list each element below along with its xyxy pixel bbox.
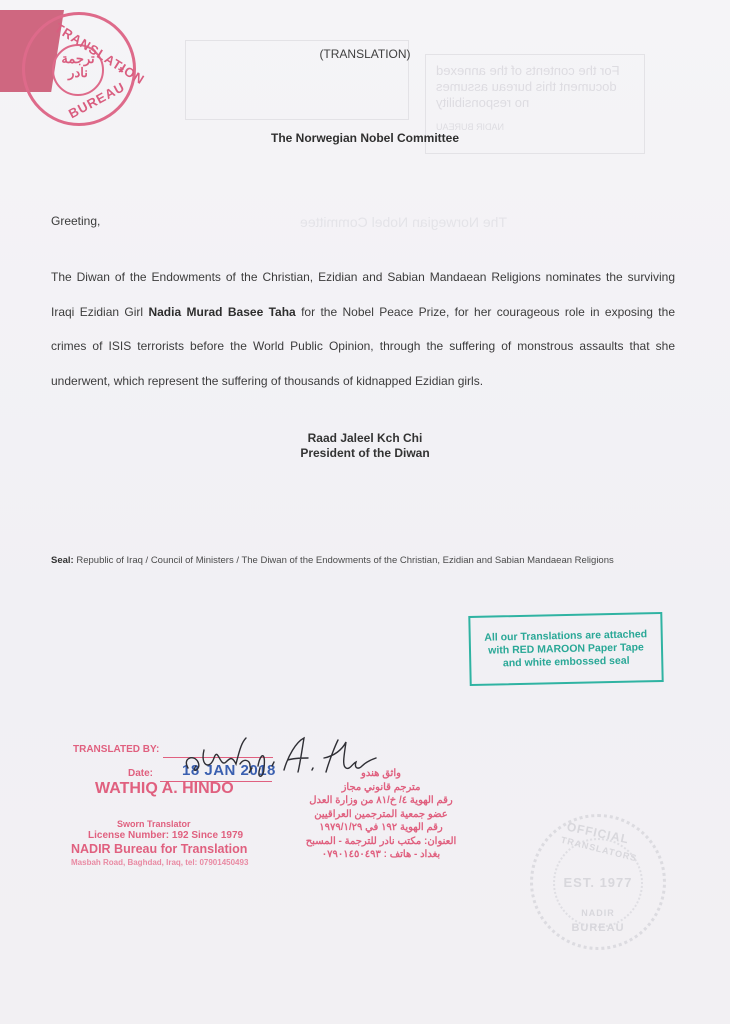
notice-line: and white embossed seal — [471, 654, 661, 671]
document-page: For the contents of the annexed document… — [0, 0, 730, 1024]
arabic-line: رقم الهوية ١٩٢ في ١٩٧٩/١/٢٩ — [290, 821, 472, 835]
notice-text: with RED — [488, 643, 537, 656]
nomination-paragraph: The Diwan of the Endowments of the Chris… — [51, 260, 675, 398]
star-icon: * — [118, 64, 124, 81]
notice-text: Paper Tape — [585, 641, 644, 654]
bureau-name: NADIR Bureau for Translation — [71, 842, 247, 856]
embossed-seal-bottom1: NADIR — [556, 908, 640, 918]
document-label: (TRANSLATION) — [0, 47, 730, 61]
notice-stamp: All our Translations are attached with R… — [468, 612, 663, 686]
signatory-block: Raad Jaleel Kch Chi President of the Diw… — [0, 431, 730, 461]
show-through-line: no responsibility — [436, 95, 634, 111]
translator-role: Sworn Translator — [117, 819, 191, 829]
bureau-address: Masbah Road, Baghdad, Iraq, tel: 0790145… — [71, 858, 248, 867]
date-label: Date: — [128, 768, 153, 779]
signatory-title: President of the Diwan — [0, 446, 730, 461]
arabic-line: عضو جمعية المترجمين العراقيين — [290, 808, 472, 822]
show-through-title: The Norwegian Nobel Committee — [300, 214, 507, 230]
arabic-line: العنوان: مكتب نادر للترجمة - المسبح — [290, 835, 472, 849]
nominee-name: Nadia Murad Basee Taha — [148, 305, 295, 319]
embossed-seal-bottom2: BUREAU — [556, 922, 640, 934]
show-through-line: For the contents of the annexed — [436, 63, 634, 79]
license-number: License Number: 192 Since 1979 — [88, 830, 243, 841]
recipient-heading: The Norwegian Nobel Committee — [0, 131, 730, 145]
arabic-line: مترجم قانوني مجاز — [290, 781, 472, 795]
arabic-line: واثق هندو — [290, 767, 472, 781]
seal-label: Seal: — [51, 555, 74, 566]
seal-description: Seal: Republic of Iraq / Council of Mini… — [51, 555, 614, 566]
arabic-line: بغداد - هاتف : ٠٧٩٠١٤٥٠٤٩٣ — [290, 848, 472, 862]
signatory-name: Raad Jaleel Kch Chi — [0, 431, 730, 446]
greeting: Greeting, — [51, 214, 100, 228]
arabic-translator-stamp: واثق هندو مترجم قانوني مجاز رقم الهوية ٤… — [290, 767, 472, 862]
stamp-arabic-line: نادر — [60, 66, 96, 80]
notice-text-bold: MAROON — [537, 642, 585, 655]
arabic-line: رقم الهوية ٤/ خ/٨١ من وزارة العدل — [290, 794, 472, 808]
show-through-line: document this bureau assumes — [436, 79, 634, 95]
translated-by-label: TRANSLATED BY: — [73, 744, 159, 755]
embossed-seal-est: EST. 1977 — [556, 875, 640, 890]
seal-text: Republic of Iraq / Council of Ministers … — [74, 555, 614, 566]
